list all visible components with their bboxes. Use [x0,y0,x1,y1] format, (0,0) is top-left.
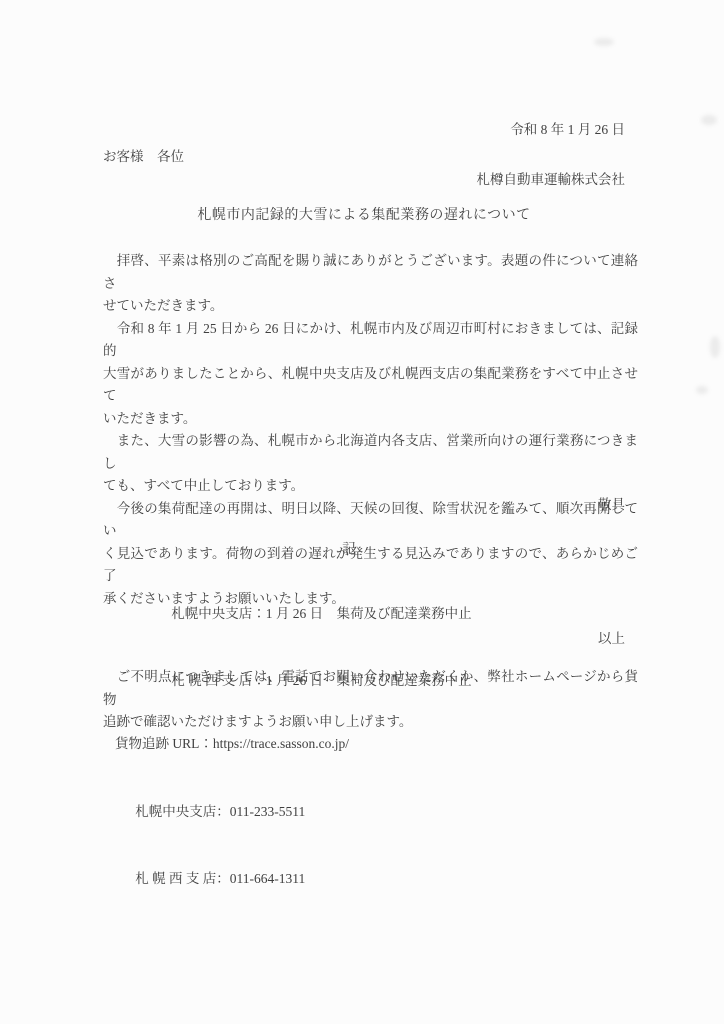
scan-smudge [701,115,717,125]
branch-name: 札幌中央支店 [135,801,216,824]
body-line: 令和 8 年 1 月 25 日から 26 日にかけ、札幌市内及び周辺市町村におき… [103,318,638,363]
body-line: せていただきます。 [103,295,638,318]
record-marker: 記 [103,538,625,561]
scanned-letter-page: 令和 8 年 1 月 26 日 お客様 各位 札樽自動車運輸株式会社 札幌市内記… [0,0,724,1024]
scan-smudge [710,336,720,358]
body-line: 大雪がありましたことから、札幌中央支店及び札幌西支店の集配業務をすべて中止させて [103,363,638,408]
inquiry-line: ご不明点につきましては、電話でお問い合わせいただくか、弊社ホームページから貨物 [103,666,638,711]
closing-keigu: 敬具 [103,494,625,517]
closing-ijou: 以上 [103,628,625,651]
inquiry-paragraph: ご不明点につきましては、電話でお問い合わせいただくか、弊社ホームページから貨物 … [103,666,638,734]
branch-name: 札幌中央支店 [171,603,252,626]
phone-item: 札幌西支店：011-664-1311 [115,846,305,914]
phone-number: ：011-233-5511 [216,804,305,819]
body-line: 拝啓、平素は格別のご高配を賜り誠にありがとうございます。表題の件について連絡さ [103,250,638,295]
sender-company: 札樽自動車運輸株式会社 [103,169,625,192]
phone-list: 札幌中央支店：011-233-5511 札幌西支店：011-664-1311 [115,778,305,913]
inquiry-line: 追跡で確認いただけますようお願い申し上げます。 [103,711,638,734]
phone-number: ：011-664-1311 [216,871,305,886]
scan-smudge [696,386,708,394]
letter-date: 令和 8 年 1 月 26 日 [103,119,625,142]
tracking-url-line: 貨物追跡 URL：https://trace.sasson.co.jp/ [115,733,349,756]
phone-item: 札幌中央支店：011-233-5511 [115,778,305,846]
scan-smudge [594,38,614,46]
body-line: また、大雪の影響の為、札幌市から北海道内各支店、営業所向けの運行業務につきまし [103,430,638,475]
item-detail: ：1 月 26 日 集荷及び配達業務中止 [252,606,471,621]
branch-name: 札幌西支店 [135,868,216,891]
letter-title: 札幌市内記録的大雪による集配業務の遅れについて [103,204,625,224]
body-line: いただきます。 [103,408,638,431]
recipient-line: お客様 各位 [103,146,184,169]
